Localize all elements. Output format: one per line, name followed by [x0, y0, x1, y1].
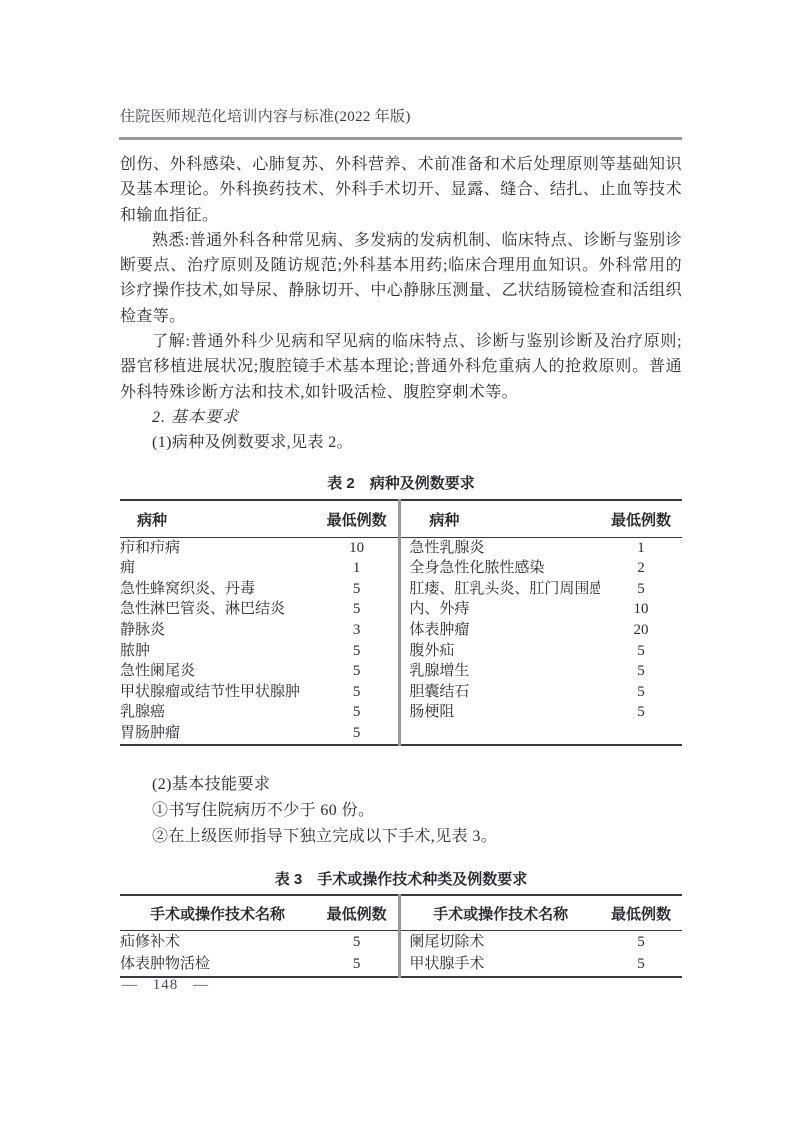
- item-medical-records: ①书写住院病历不少于 60 份。: [120, 798, 682, 824]
- column-header-min-cases: 最低例数: [600, 500, 682, 538]
- table-row: 急性淋巴管炎、淋巴结炎 5 内、外痔 10: [120, 599, 682, 620]
- disease-name-cell: 静脉炎: [120, 620, 315, 641]
- disease-name-cell: 全身急性化脓性感染: [400, 558, 600, 579]
- disease-case-table: 病种 最低例数 病种 最低例数 疖和疖病 10 急性乳腺炎 1 痈: [120, 499, 682, 746]
- disease-name-cell: [400, 723, 600, 745]
- case-count-cell: 5: [600, 641, 682, 662]
- table-row: 静脉炎 3 体表肿瘤 20: [120, 620, 682, 641]
- case-count-cell: 5: [315, 599, 400, 620]
- page-number: — 148 —: [122, 977, 209, 994]
- case-count-cell: 5: [600, 579, 682, 600]
- case-count-cell: 5: [315, 702, 400, 723]
- table2-title: 表 2 病种及例数要求: [120, 475, 682, 493]
- case-count-cell: 5: [600, 702, 682, 723]
- running-header: 住院医师规范化培训内容与标准(2022 年版): [120, 107, 682, 127]
- case-count-cell: 5: [600, 930, 682, 953]
- disease-name-cell: 疖和疖病: [120, 537, 315, 558]
- table-row: 脓肿 5 腹外疝 5: [120, 641, 682, 662]
- disease-name-cell: 肛瘘、肛乳头炎、肛门周围感染: [400, 579, 600, 600]
- item-surgeries: ②在上级医师指导下独立完成以下手术,见表 3。: [120, 824, 682, 850]
- table-header-row: 手术或操作技术名称 最低例数 手术或操作技术名称 最低例数: [120, 895, 682, 931]
- item-skill-requirement: (2)基本技能要求: [120, 772, 682, 798]
- disease-name-cell: 腹外疝: [400, 641, 600, 662]
- surgery-name-cell: 阑尾切除术: [400, 930, 600, 953]
- disease-name-cell: 急性淋巴管炎、淋巴结炎: [120, 599, 315, 620]
- disease-name-cell: 痈: [120, 558, 315, 579]
- item-disease-requirement: (1)病种及例数要求,见表 2。: [120, 430, 682, 455]
- case-count-cell: 3: [315, 620, 400, 641]
- disease-name-cell: 急性乳腺炎: [400, 537, 600, 558]
- case-count-cell: 5: [600, 661, 682, 682]
- case-count-cell: 5: [315, 641, 400, 662]
- table3-title: 表 3 手术或操作技术种类及例数要求: [120, 871, 682, 889]
- disease-name-cell: 急性阑尾炎: [120, 661, 315, 682]
- document-page: 住院医师规范化培训内容与标准(2022 年版) 创伤、外科感染、心肺复苏、外科营…: [0, 0, 800, 1131]
- case-count-cell: [600, 723, 682, 745]
- surgery-name-cell: 体表肿物活检: [120, 953, 315, 977]
- case-count-cell: 1: [600, 537, 682, 558]
- case-count-cell: 20: [600, 620, 682, 641]
- section-heading-basic-requirements: 2. 基本要求: [120, 405, 682, 430]
- table-row: 乳腺癌 5 肠梗阻 5: [120, 702, 682, 723]
- disease-name-cell: 乳腺增生: [400, 661, 600, 682]
- paragraph-familiar: 熟悉:普通外科各种常见病、多发病的发病机制、临床特点、诊断与鉴别诊断要点、治疗原…: [120, 228, 682, 329]
- table-row: 疖和疖病 10 急性乳腺炎 1: [120, 537, 682, 558]
- case-count-cell: 5: [315, 930, 400, 953]
- surgery-name-cell: 甲状腺手术: [400, 953, 600, 977]
- column-header-disease: 病种: [120, 500, 315, 538]
- case-count-cell: 5: [315, 723, 400, 745]
- table-row: 疝修补术 5 阑尾切除术 5: [120, 930, 682, 953]
- case-count-cell: 5: [600, 953, 682, 977]
- paragraph-intro: 创伤、外科感染、心肺复苏、外科营养、术前准备和术后处理原则等基础知识及基本理论。…: [120, 152, 682, 228]
- column-header-surgery-name: 手术或操作技术名称: [400, 895, 600, 931]
- column-header-disease: 病种: [400, 500, 600, 538]
- case-count-cell: 2: [600, 558, 682, 579]
- column-header-min-cases: 最低例数: [315, 500, 400, 538]
- column-header-surgery-name: 手术或操作技术名称: [120, 895, 315, 931]
- page-content: 创伤、外科感染、心肺复苏、外科营养、术前准备和术后处理原则等基础知识及基本理论。…: [120, 152, 682, 978]
- disease-name-cell: 胆囊结石: [400, 682, 600, 703]
- column-header-min-cases: 最低例数: [315, 895, 400, 931]
- table-row: 急性阑尾炎 5 乳腺增生 5: [120, 661, 682, 682]
- header-rule: [119, 137, 682, 140]
- case-count-cell: 10: [315, 537, 400, 558]
- case-count-cell: 5: [315, 953, 400, 977]
- case-count-cell: 5: [315, 579, 400, 600]
- case-count-cell: 10: [600, 599, 682, 620]
- disease-name-cell: 胃肠肿瘤: [120, 723, 315, 745]
- table-row: 甲状腺瘤或结节性甲状腺肿 5 胆囊结石 5: [120, 682, 682, 703]
- paragraph-understand: 了解:普通外科少见病和罕见病的临床特点、诊断与鉴别诊断及治疗原则;器官移植进展状…: [120, 329, 682, 405]
- table-header-row: 病种 最低例数 病种 最低例数: [120, 500, 682, 538]
- table-row: 胃肠肿瘤 5: [120, 723, 682, 745]
- table2-block: 表 2 病种及例数要求 病种 最低例数 病种 最低例数 疖和疖病: [120, 475, 682, 746]
- surgery-name-cell: 疝修补术: [120, 930, 315, 953]
- disease-name-cell: 急性蜂窝织炎、丹毒: [120, 579, 315, 600]
- disease-name-cell: 脓肿: [120, 641, 315, 662]
- surgery-technique-table: 手术或操作技术名称 最低例数 手术或操作技术名称 最低例数 疝修补术 5 阑尾切…: [120, 894, 682, 978]
- table-row: 急性蜂窝织炎、丹毒 5 肛瘘、肛乳头炎、肛门周围感染 5: [120, 579, 682, 600]
- case-count-cell: 1: [315, 558, 400, 579]
- disease-name-cell: 内、外痔: [400, 599, 600, 620]
- case-count-cell: 5: [315, 682, 400, 703]
- table3-block: 表 3 手术或操作技术种类及例数要求 手术或操作技术名称 最低例数 手术或操作技…: [120, 871, 682, 978]
- skills-block: (2)基本技能要求 ①书写住院病历不少于 60 份。 ②在上级医师指导下独立完成…: [120, 772, 682, 850]
- disease-name-cell: 肠梗阻: [400, 702, 600, 723]
- disease-name-cell: 甲状腺瘤或结节性甲状腺肿: [120, 682, 315, 703]
- table-row: 体表肿物活检 5 甲状腺手术 5: [120, 953, 682, 977]
- case-count-cell: 5: [600, 682, 682, 703]
- table-row: 痈 1 全身急性化脓性感染 2: [120, 558, 682, 579]
- column-header-min-cases: 最低例数: [600, 895, 682, 931]
- case-count-cell: 5: [315, 661, 400, 682]
- disease-name-cell: 乳腺癌: [120, 702, 315, 723]
- disease-name-cell: 体表肿瘤: [400, 620, 600, 641]
